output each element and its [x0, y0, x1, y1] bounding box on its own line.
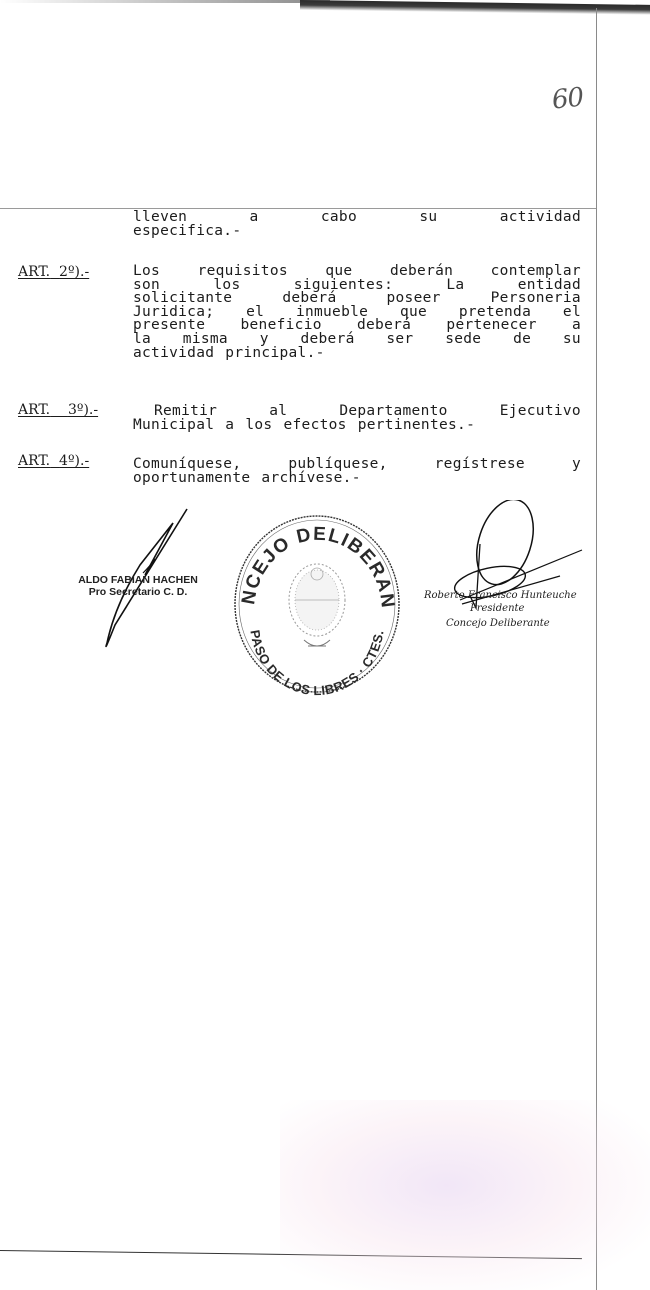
article-4-label-prefix: ART. — [18, 453, 50, 469]
article-1-continuation: llevenacabosuactividad especifica.- — [133, 211, 581, 238]
article-2-label-number: 2º).- — [59, 264, 89, 280]
signature-left-name: ALDO FABIAN HACHEN — [68, 574, 208, 586]
article-3-label: ART. 3º).- — [18, 402, 98, 418]
article-4-body: Comuníquese,publíquese,regístresey oport… — [133, 458, 581, 485]
article-4-label: ART. 4º).- — [18, 453, 89, 469]
word: su — [419, 211, 437, 225]
word: ser — [386, 333, 413, 347]
page-right-edge — [596, 8, 597, 1290]
word: cabo — [321, 211, 357, 225]
word: sede — [445, 333, 481, 347]
article-3-label-number: 3º).- — [68, 402, 98, 418]
handwritten-page-number: 60 — [551, 82, 585, 115]
word: La — [446, 279, 464, 293]
text-line: oportunamente archívese.- — [133, 472, 581, 486]
text-line: actividad principal.- — [133, 347, 581, 361]
article-3-body: Municipal a los efectos pertinentes.- — [133, 419, 581, 433]
signature-right-name: Roberto Francisco Hunteuche — [424, 590, 577, 601]
text-line: especifica.- — [133, 225, 581, 239]
word: y — [572, 458, 581, 472]
article-2-label-prefix: ART. — [18, 264, 50, 280]
page-top-edge — [300, 0, 650, 15]
signature-left-block: ALDO FABIAN HACHEN Pro Secretario C. D. — [68, 574, 208, 598]
svg-text:PASO DE LOS LIBRES · CTES.: PASO DE LOS LIBRES · CTES. — [247, 629, 386, 697]
word: actividad — [500, 211, 581, 225]
signature-right-title: Presidente — [470, 603, 524, 614]
article-2-label: ART. 2º).- — [18, 264, 89, 280]
article-3-label-prefix: ART. — [18, 402, 50, 418]
signature-left-title: Pro Secretario C. D. — [68, 586, 208, 598]
word: regístrese — [435, 458, 525, 472]
word: Ejecutivo — [500, 405, 581, 419]
official-seal: CONCEJO DELIBERANTE PASO DE LOS LIBRES ·… — [232, 512, 402, 697]
seal-bottom-text: PASO DE LOS LIBRES · CTES. — [247, 629, 386, 697]
word: a — [250, 211, 259, 225]
article-2-body: Losrequisitosquedeberáncontemplar sonlos… — [133, 265, 581, 360]
article-4-label-number: 4º).- — [59, 453, 89, 469]
signature-right-body: Concejo Deliberante — [446, 618, 550, 629]
word: de — [513, 333, 531, 347]
text-line: Municipal a los efectos pertinentes.- — [133, 419, 581, 433]
word: deberán — [390, 265, 453, 279]
page-top-edge-shadow — [0, 0, 330, 3]
word: requisitos — [198, 265, 288, 279]
scan-discoloration — [280, 1100, 650, 1290]
word: su — [563, 333, 581, 347]
